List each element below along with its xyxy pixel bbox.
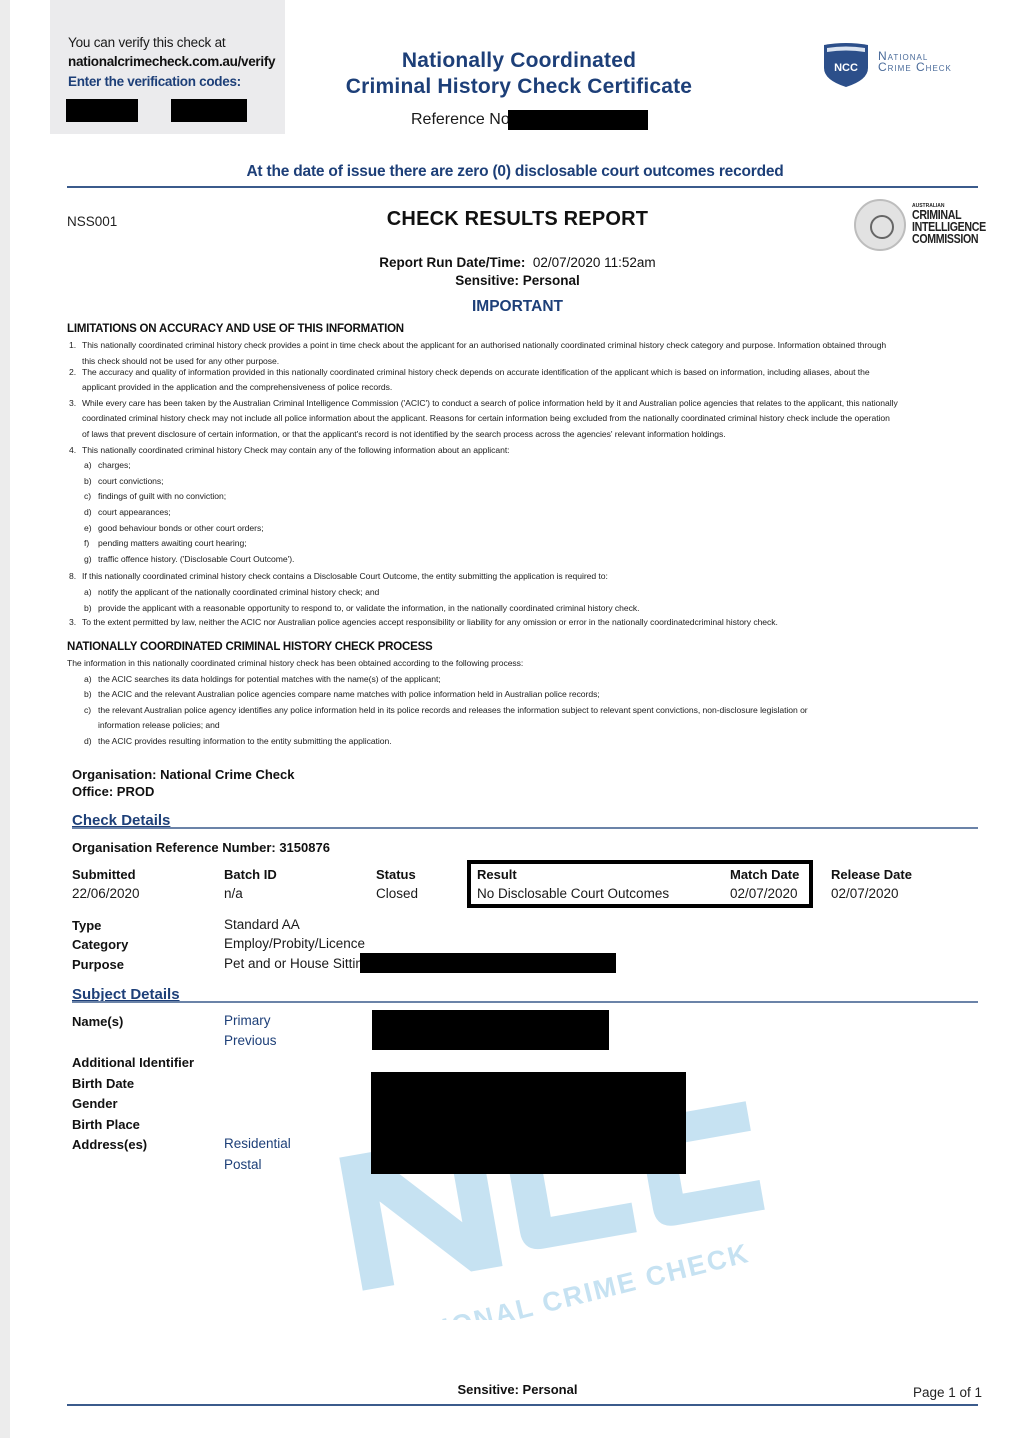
name-type-primary: Primary bbox=[224, 1013, 271, 1028]
process-item-text: the ACIC provides resulting information … bbox=[98, 736, 392, 747]
reference-number-redacted bbox=[508, 110, 648, 130]
svg-text:NATIONAL CRIME CHECK: NATIONAL CRIME CHECK bbox=[381, 1238, 752, 1320]
limitation-item-marker: 1. bbox=[69, 340, 76, 351]
name-type-previous: Previous bbox=[224, 1033, 277, 1048]
page-number: Page 1 of 1 bbox=[913, 1385, 982, 1400]
limitation-subitem-text: findings of guilt with no conviction; bbox=[98, 491, 226, 502]
process-heading: NATIONALLY COORDINATED CRIMINAL HISTORY … bbox=[67, 641, 433, 653]
report-run-datetime: Report Run Date/Time: 02/07/2020 11:52am bbox=[0, 255, 1030, 270]
limitation-subitem-marker: a) bbox=[84, 587, 92, 598]
address-type-postal: Postal bbox=[224, 1157, 262, 1172]
limitation-subitem-marker: b) bbox=[84, 603, 92, 614]
sensitivity-label: Sensitive: Personal bbox=[0, 273, 1030, 288]
birth-place-label: Birth Place bbox=[72, 1117, 140, 1132]
process-intro-text: The information in this nationally coord… bbox=[67, 658, 523, 669]
limitation-item-text: This nationally coordinated criminal his… bbox=[82, 445, 510, 456]
purpose-label: Purpose bbox=[72, 957, 124, 972]
office-line: Office: PROD bbox=[72, 784, 154, 799]
match-date-label: Match Date bbox=[730, 867, 799, 882]
limitation-subitem-text: notify the applicant of the nationally c… bbox=[98, 587, 379, 598]
limitation-subitem-text: pending matters awaiting court hearing; bbox=[98, 538, 247, 549]
limitation-item-marker: 8. bbox=[69, 571, 76, 582]
category-label: Category bbox=[72, 937, 128, 952]
limitation-subitem-text: good behaviour bonds or other court orde… bbox=[98, 523, 264, 534]
purpose-redacted bbox=[360, 953, 616, 973]
limitation-item-text: The accuracy and quality of information … bbox=[82, 367, 870, 378]
process-item-text: the ACIC and the relevant Australian pol… bbox=[98, 689, 600, 700]
run-datetime-value: 02/07/2020 11:52am bbox=[533, 255, 656, 270]
acic-logo: AUSTRALIAN CRIMINAL INTELLIGENCE COMMISS… bbox=[854, 196, 984, 256]
addresses-label: Address(es) bbox=[72, 1137, 147, 1152]
limitation-item-marker: 4. bbox=[69, 445, 76, 456]
match-date-value: 02/07/2020 bbox=[730, 886, 798, 901]
process-item-text: the relevant Australian police agency id… bbox=[98, 705, 808, 716]
additional-identifier-label: Additional Identifier bbox=[72, 1055, 194, 1070]
result-value: No Disclosable Court Outcomes bbox=[477, 886, 669, 901]
verify-intro: You can verify this check at bbox=[68, 35, 226, 50]
process-item-marker: d) bbox=[84, 736, 92, 747]
limitation-subitem-marker: b) bbox=[84, 476, 92, 487]
result-label: Result bbox=[477, 867, 517, 882]
limitation-subitem-marker: e) bbox=[84, 523, 92, 534]
reference-label: Reference No: bbox=[411, 111, 514, 129]
shield-icon: NCC bbox=[822, 42, 870, 88]
limitation-subitem-text: traffic offence history. ('Disclosable C… bbox=[98, 554, 294, 565]
limitation-item-text: this check should not be used for any ot… bbox=[82, 356, 279, 367]
zero-outcomes-banner: At the date of issue there are zero (0) … bbox=[0, 163, 1030, 181]
subject-details-divider bbox=[72, 1001, 978, 1003]
ncc-logo-text: National Crime Check bbox=[878, 51, 952, 73]
submitted-value: 22/06/2020 bbox=[72, 886, 140, 901]
batch-id-value: n/a bbox=[224, 886, 243, 901]
names-label: Name(s) bbox=[72, 1014, 123, 1029]
limitation-subitem-marker: d) bbox=[84, 507, 92, 518]
org-reference-number: Organisation Reference Number: 3150876 bbox=[72, 840, 330, 855]
process-item-text: the ACIC searches its data holdings for … bbox=[98, 674, 441, 685]
type-value: Standard AA bbox=[224, 917, 300, 932]
process-item-marker: c) bbox=[84, 705, 91, 716]
organisation-line: Organisation: National Crime Check bbox=[72, 767, 295, 782]
verify-prompt: Enter the verification codes: bbox=[68, 74, 241, 89]
ncc-logo: NCC National Crime Check bbox=[822, 42, 982, 88]
limitation-item-marker: 2. bbox=[69, 367, 76, 378]
limitation-subitem-text: court appearances; bbox=[98, 507, 171, 518]
release-date-value: 02/07/2020 bbox=[831, 886, 899, 901]
limitation-item-text: If this nationally coordinated criminal … bbox=[82, 571, 608, 582]
run-datetime-label: Report Run Date/Time: bbox=[379, 255, 525, 270]
limitation-subitem-marker: f) bbox=[84, 538, 89, 549]
limitation-item-text: of laws that prevent disclosure of certa… bbox=[82, 429, 726, 440]
certificate-title: Nationally Coordinated Criminal History … bbox=[300, 48, 738, 100]
important-heading: IMPORTANT bbox=[0, 298, 1030, 316]
names-redacted bbox=[372, 1010, 609, 1050]
process-item-marker: a) bbox=[84, 674, 92, 685]
acic-logo-text: AUSTRALIAN CRIMINAL INTELLIGENCE COMMISS… bbox=[912, 203, 999, 245]
limitation-item-text: To the extent permitted by law, neither … bbox=[82, 617, 778, 628]
purpose-value: Pet and or House Sitting, bbox=[224, 956, 374, 971]
title-line-1: Nationally Coordinated bbox=[300, 48, 738, 74]
title-line-2: Criminal History Check Certificate bbox=[300, 74, 738, 100]
status-label: Status bbox=[376, 867, 416, 882]
limitation-item-marker: 3. bbox=[69, 617, 76, 628]
process-item-marker: b) bbox=[84, 689, 92, 700]
release-date-label: Release Date bbox=[831, 867, 912, 882]
status-value: Closed bbox=[376, 886, 418, 901]
check-details-divider bbox=[72, 827, 978, 829]
process-item-text: information release policies; and bbox=[98, 720, 220, 731]
type-label: Type bbox=[72, 918, 101, 933]
limitation-item-text: This nationally coordinated criminal his… bbox=[82, 340, 886, 351]
footer-sensitivity: Sensitive: Personal bbox=[0, 1382, 1030, 1397]
verification-box: You can verify this check at nationalcri… bbox=[50, 0, 285, 134]
limitation-subitem-text: charges; bbox=[98, 460, 131, 471]
limitation-subitem-marker: a) bbox=[84, 460, 92, 471]
birth-date-label: Birth Date bbox=[72, 1076, 134, 1091]
limitation-subitem-marker: c) bbox=[84, 491, 91, 502]
limitation-item-text: coordinated criminal history check may n… bbox=[82, 413, 890, 424]
verification-code-2-redacted bbox=[171, 99, 247, 122]
limitation-subitem-text: provide the applicant with a reasonable … bbox=[98, 603, 639, 614]
category-value: Employ/Probity/Licence bbox=[224, 936, 365, 951]
address-type-residential: Residential bbox=[224, 1136, 291, 1151]
footer-divider bbox=[67, 1404, 978, 1406]
coat-of-arms-seal-icon bbox=[854, 199, 906, 251]
verification-code-1-redacted bbox=[66, 99, 138, 122]
gender-label: Gender bbox=[72, 1096, 118, 1111]
subject-values-redacted bbox=[371, 1072, 686, 1174]
submitted-label: Submitted bbox=[72, 867, 136, 882]
verify-url[interactable]: nationalcrimecheck.com.au/verify bbox=[68, 54, 275, 69]
batch-id-label: Batch ID bbox=[224, 867, 277, 882]
limitation-item-marker: 3. bbox=[69, 398, 76, 409]
limitation-item-text: While every care has been taken by the A… bbox=[82, 398, 898, 409]
limitation-subitem-text: court convictions; bbox=[98, 476, 164, 487]
limitation-subitem-marker: g) bbox=[84, 554, 92, 565]
limitations-heading: LIMITATIONS ON ACCURACY AND USE OF THIS … bbox=[67, 323, 404, 335]
header-divider bbox=[67, 186, 978, 188]
limitation-item-text: applicant provided in the application an… bbox=[82, 382, 392, 393]
svg-text:NCC: NCC bbox=[834, 62, 858, 74]
